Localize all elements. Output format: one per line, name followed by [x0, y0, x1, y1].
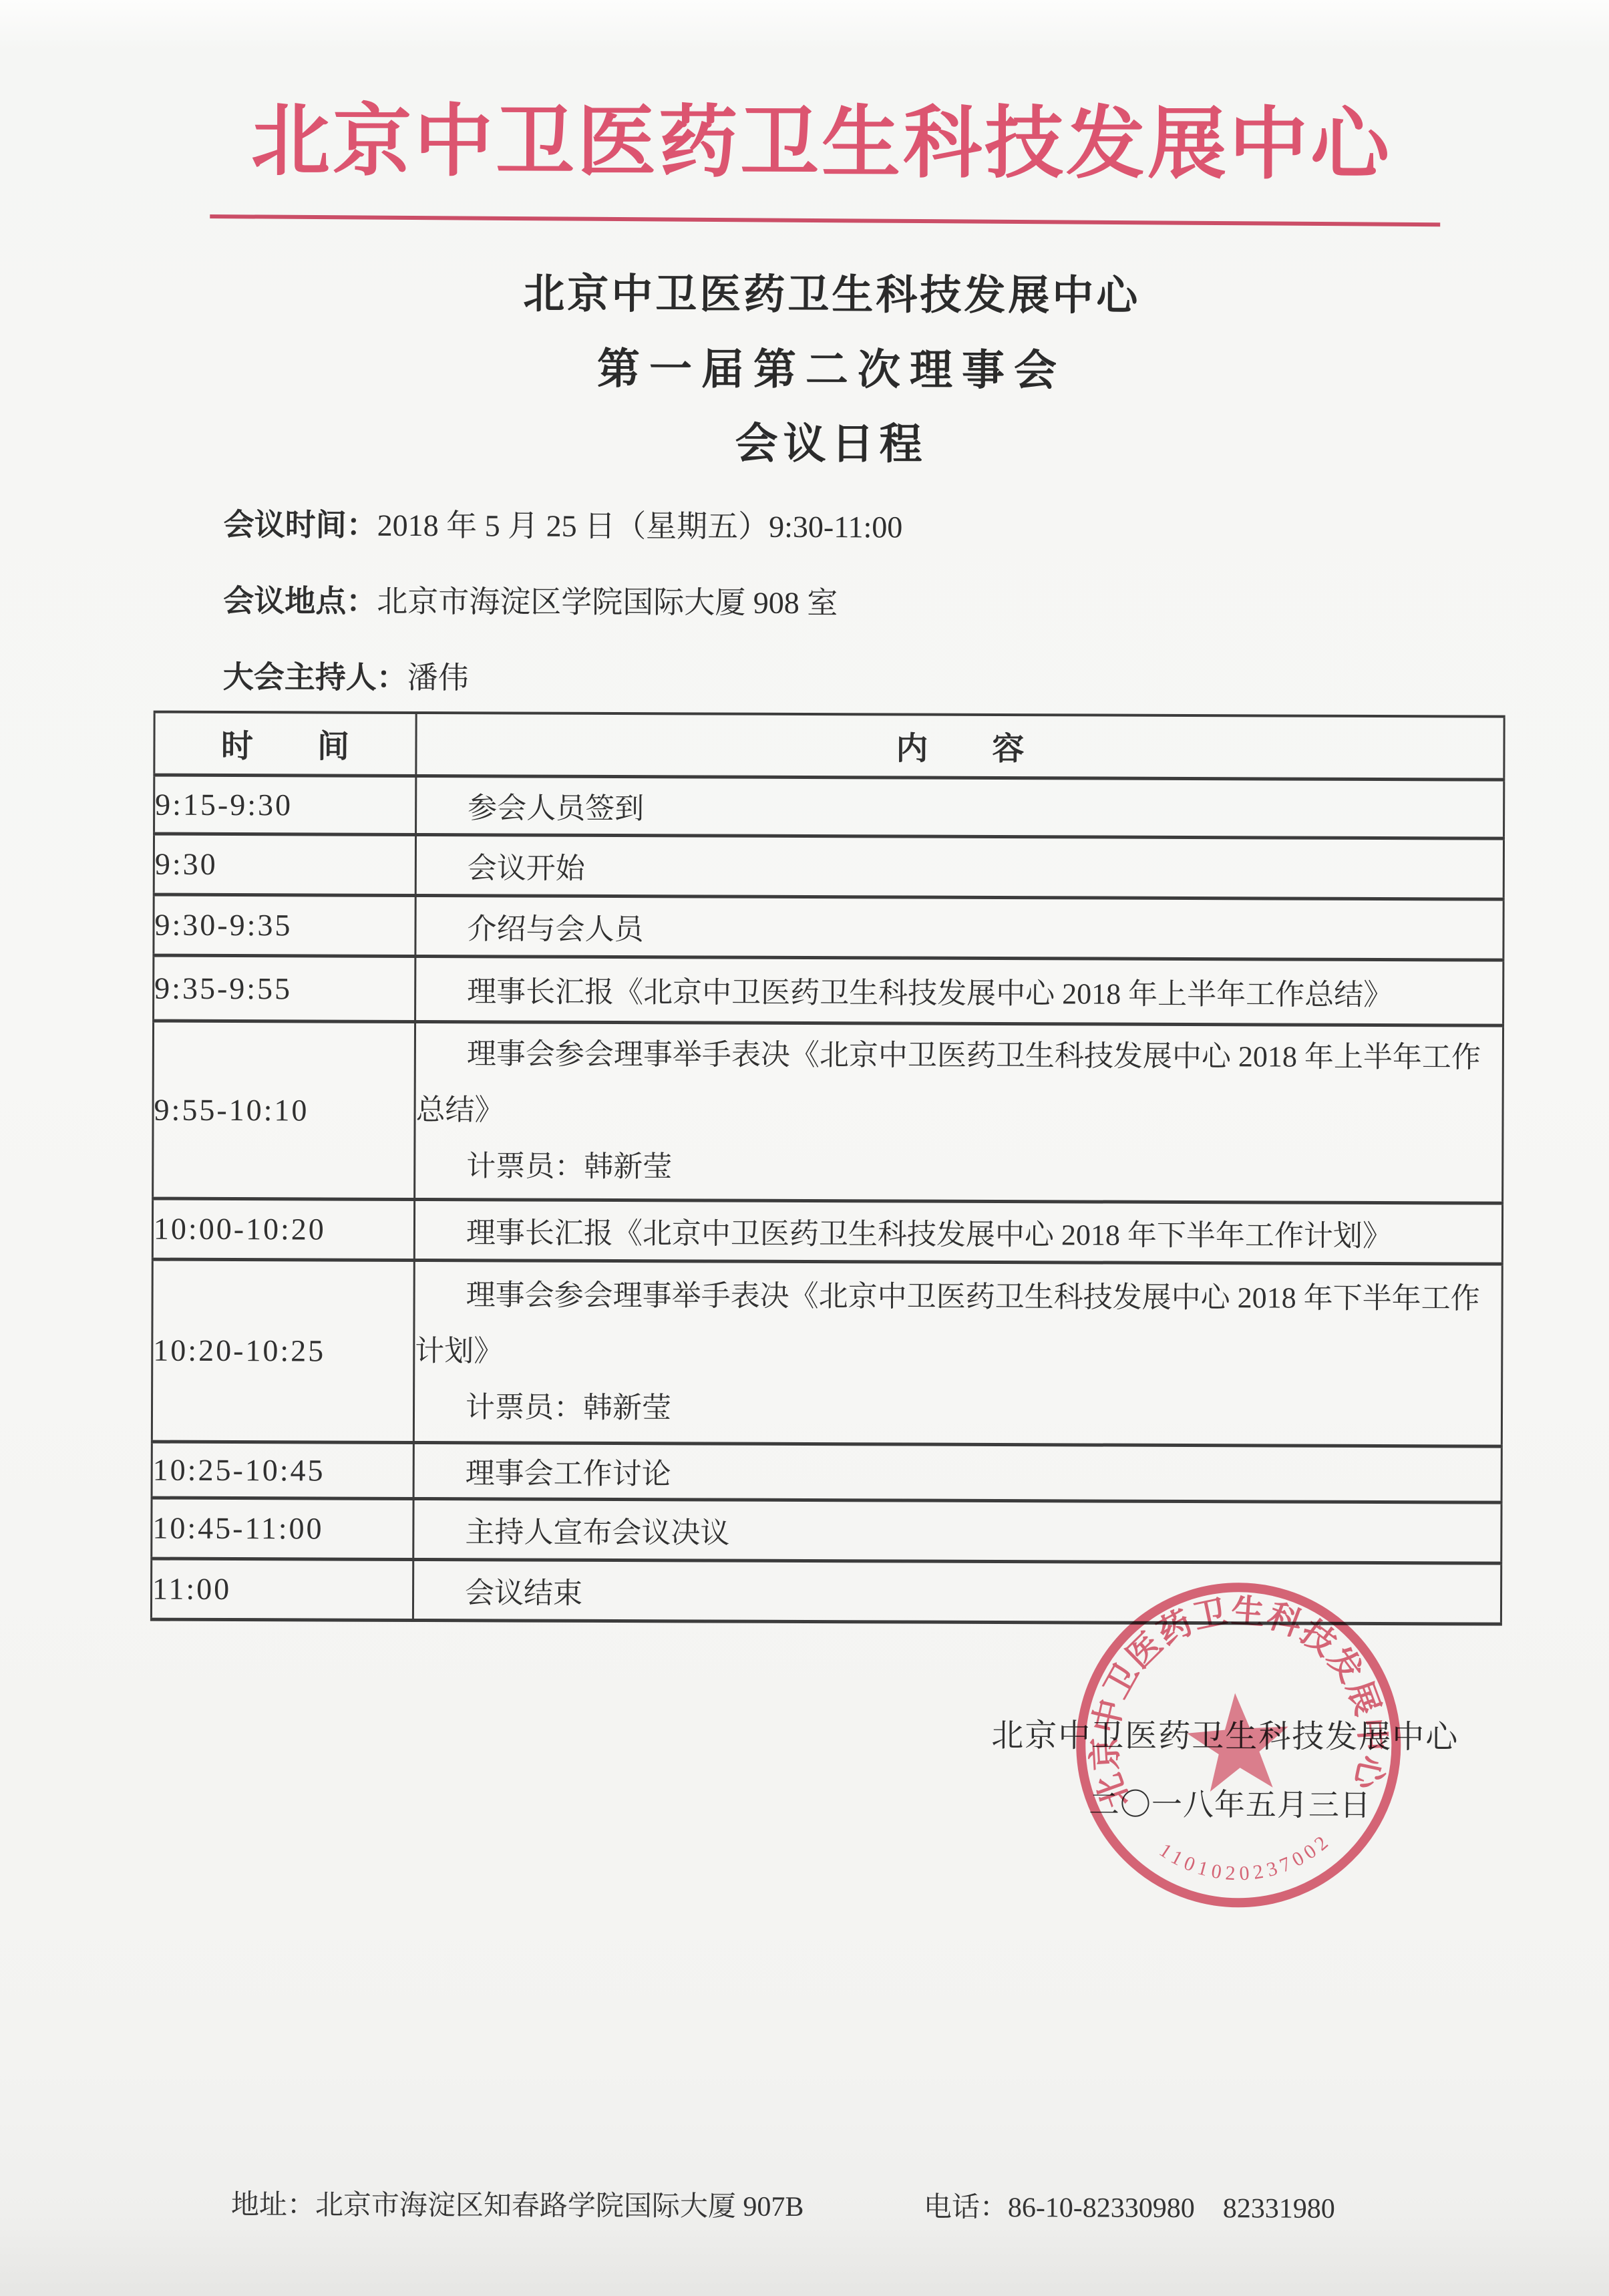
agenda-content-line: 总结》 — [415, 1082, 1501, 1142]
document-title-block: 北京中卫医药卫生科技发展中心 第一届第二次理事会 会议日程 — [2, 255, 1609, 484]
agenda-content-cell: 理事会参会理事举手表决《北京中卫医药卫生科技发展中心 2018 年下半年工作 计… — [413, 1260, 1502, 1446]
agenda-content-line: 主持人宣布会议决议 — [414, 1507, 1500, 1554]
agenda-content-line: 理事长汇报《北京中卫医药卫生科技发展中心 2018 年上半年工作总结》 — [416, 967, 1502, 1014]
meeting-info-block: 会议时间：2018 年 5 月 25 日（星期五）9:30-11:00 会议地点… — [223, 484, 903, 715]
agenda-time-cell: 10:25-10:45 — [152, 1442, 413, 1498]
table-row: 10:00-10:20 理事长汇报《北京中卫医药卫生科技发展中心 2018 年下… — [152, 1198, 1502, 1264]
official-seal-stamp: 北京中卫医药卫生科技发展中心 1101020237002 — [1054, 1561, 1423, 1930]
agenda-content-line: 理事会工作讨论 — [415, 1449, 1501, 1496]
document-title-session: 第一届第二次理事会 — [51, 330, 1609, 410]
agenda-content-line: 计票员：韩新莹 — [415, 1379, 1501, 1439]
agenda-content-cell: 理事长汇报《北京中卫医药卫生科技发展中心 2018 年上半年工作总结》 — [415, 956, 1503, 1025]
meeting-place-value: 北京市海淀区学院国际大厦 908 室 — [377, 577, 838, 623]
document-title-agenda: 会议日程 — [51, 405, 1609, 484]
agenda-content-cell: 主持人宣布会议决议 — [413, 1498, 1501, 1563]
agenda-time-cell: 10:45-11:00 — [152, 1498, 413, 1559]
agenda-content-line: 参会人员签到 — [417, 784, 1503, 830]
agenda-time-cell: 9:30-9:35 — [154, 894, 415, 956]
agenda-content-line: 理事会参会理事举手表决《北京中卫医药卫生科技发展中心 2018 年下半年工作 — [415, 1267, 1501, 1327]
agenda-content-line: 计划》 — [415, 1323, 1501, 1383]
letterhead-divider-rule — [210, 214, 1440, 226]
agenda-header-time: 时 间 — [154, 712, 416, 776]
meeting-time-label: 会议时间： — [224, 500, 377, 545]
agenda-table: 时 间 内 容 9:15-9:30 参会人员签到 9:30 会议开始 9:30-… — [150, 711, 1505, 1626]
meeting-place-label: 会议地点： — [223, 577, 377, 621]
agenda-time-cell: 9:35-9:55 — [154, 955, 415, 1021]
agenda-content-line: 计票员：韩新莹 — [415, 1138, 1501, 1198]
agenda-time-cell: 9:15-9:30 — [154, 775, 416, 834]
agenda-content-cell: 会议开始 — [415, 834, 1503, 899]
agenda-content-cell: 理事会工作讨论 — [413, 1442, 1501, 1502]
agenda-content-line: 介绍与会人员 — [416, 904, 1502, 951]
star-icon — [1184, 1689, 1292, 1792]
document-content: 北京中卫医药卫生科技发展中心 北京中卫医药卫生科技发展中心 第一届第二次理事会 … — [0, 0, 1609, 2296]
document-title-org: 北京中卫医药卫生科技发展中心 — [52, 255, 1609, 335]
footer: 地址：北京市海淀区知春路学院国际大厦 907B 电话：86-10-8233098… — [0, 2182, 1605, 2187]
agenda-header-row: 时 间 内 容 — [154, 712, 1504, 780]
table-row: 9:35-9:55 理事长汇报《北京中卫医药卫生科技发展中心 2018 年上半年… — [154, 955, 1503, 1025]
meeting-host-value: 潘伟 — [407, 653, 469, 697]
agenda-header-content: 内 容 — [416, 713, 1504, 780]
scanned-document-page: 北京中卫医药卫生科技发展中心 北京中卫医药卫生科技发展中心 第一届第二次理事会 … — [0, 0, 1609, 2296]
agenda-content-cell: 理事会参会理事举手表决《北京中卫医药卫生科技发展中心 2018 年上半年工作 总… — [415, 1021, 1503, 1203]
agenda-content-line: 理事长汇报《北京中卫医药卫生科技发展中心 2018 年下半年工作计划》 — [415, 1208, 1501, 1255]
meeting-place-line: 会议地点：北京市海淀区学院国际大厦 908 室 — [223, 560, 902, 639]
agenda-content-cell: 理事长汇报《北京中卫医药卫生科技发展中心 2018 年下半年工作计划》 — [414, 1199, 1502, 1264]
table-row: 9:15-9:30 参会人员签到 — [154, 775, 1504, 838]
letterhead-org-title: 北京中卫医药卫生科技发展中心 — [3, 76, 1609, 195]
table-row: 10:45-11:00 主持人宣布会议决议 — [152, 1498, 1501, 1563]
meeting-host-line: 大会主持人：潘伟 — [223, 637, 902, 715]
agenda-time-cell: 10:20-10:25 — [152, 1259, 414, 1442]
table-row: 10:20-10:25 理事会参会理事举手表决《北京中卫医药卫生科技发展中心 2… — [152, 1259, 1502, 1446]
footer-phone: 电话：86-10-82330980 82331980 — [924, 2185, 1335, 2227]
agenda-time-cell: 10:00-10:20 — [152, 1198, 414, 1260]
agenda-time-cell: 9:30 — [154, 834, 415, 895]
agenda-time-cell: 11:00 — [151, 1559, 413, 1620]
agenda-content-line: 会议开始 — [417, 843, 1503, 890]
agenda-content-line: 理事会参会理事举手表决《北京中卫医药卫生科技发展中心 2018 年上半年工作 — [416, 1026, 1502, 1086]
table-row: 9:30-9:35 介绍与会人员 — [154, 894, 1503, 960]
table-row: 9:55-10:10 理事会参会理事举手表决《北京中卫医药卫生科技发展中心 20… — [153, 1021, 1503, 1203]
table-row: 10:25-10:45 理事会工作讨论 — [152, 1442, 1501, 1502]
agenda-content-cell: 参会人员签到 — [416, 776, 1504, 838]
meeting-time-line: 会议时间：2018 年 5 月 25 日（星期五）9:30-11:00 — [223, 484, 902, 563]
agenda-time-cell: 9:55-10:10 — [153, 1021, 415, 1199]
table-row: 9:30 会议开始 — [154, 834, 1503, 899]
footer-address: 地址：北京市海淀区知春路学院国际大厦 907B — [231, 2182, 804, 2225]
agenda-content-cell: 介绍与会人员 — [415, 895, 1503, 960]
meeting-host-label: 大会主持人： — [223, 653, 407, 697]
meeting-time-value: 2018 年 5 月 25 日（星期五）9:30-11:00 — [377, 501, 903, 547]
